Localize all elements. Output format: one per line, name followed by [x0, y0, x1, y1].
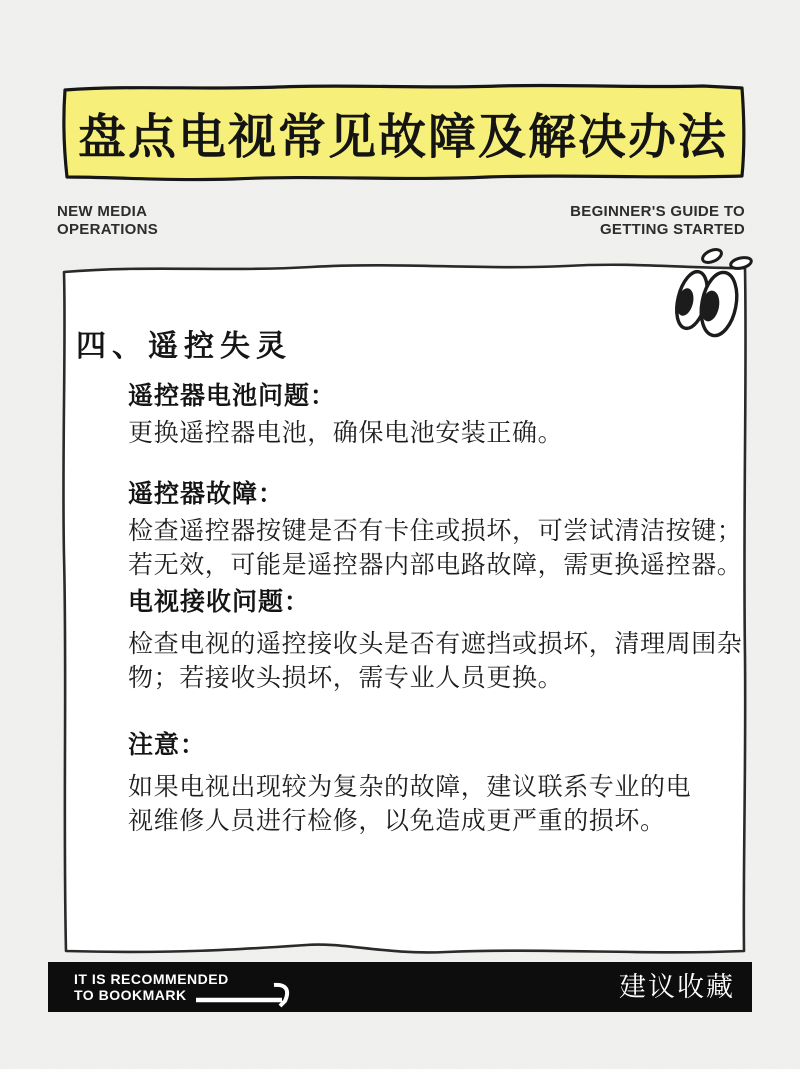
section-body: 如果电视出现较为复杂的故障，建议联系专业的电视维修人员进行检修，以免造成更严重的… — [128, 770, 710, 838]
card-content: 四、遥控失灵 遥控器电池问题： 更换遥控器电池，确保电池安装正确。 遥控器故障：… — [0, 0, 800, 1069]
section-note: 注意： 如果电视出现较为复杂的故障，建议联系专业的电视维修人员进行检修，以免造成… — [128, 728, 744, 838]
section-label: 注意： — [128, 728, 744, 763]
section-label: 遥控器电池问题： — [128, 379, 744, 414]
section-body: 检查电视的遥控接收头是否有遮挡或损坏，清理周围杂物；若接收头损坏，需专业人员更换… — [128, 627, 744, 695]
section-tv-receiver: 电视接收问题： 检查电视的遥控接收头是否有遮挡或损坏，清理周围杂物；若接收头损坏… — [128, 585, 744, 695]
section-remote-battery: 遥控器电池问题： 更换遥控器电池，确保电池安装正确。 — [128, 379, 744, 450]
section-remote-fault: 遥控器故障： 检查遥控器按键是否有卡住或损坏，可尝试清洁按键；若无效，可能是遥控… — [128, 477, 744, 582]
section-body: 更换遥控器电池，确保电池安装正确。 — [128, 416, 744, 450]
footer-right-label: 建议收藏 — [619, 962, 735, 1012]
googly-eyes-icon — [668, 244, 760, 346]
curved-arrow-icon — [194, 981, 312, 1009]
poster-page: 盘点电视常见故障及解决办法 NEW MEDIA OPERATIONS BEGIN… — [0, 0, 800, 1069]
section-body: 检查遥控器按键是否有卡住或损坏，可尝试清洁按键；若无效，可能是遥控器内部电路故障… — [128, 514, 744, 582]
card-heading: 四、遥控失灵 — [76, 321, 292, 365]
footer-bar: IT IS RECOMMENDED TO BOOKMARK 建议收藏 — [48, 962, 752, 1012]
section-label: 遥控器故障： — [128, 477, 744, 512]
section-label: 电视接收问题： — [128, 585, 744, 620]
